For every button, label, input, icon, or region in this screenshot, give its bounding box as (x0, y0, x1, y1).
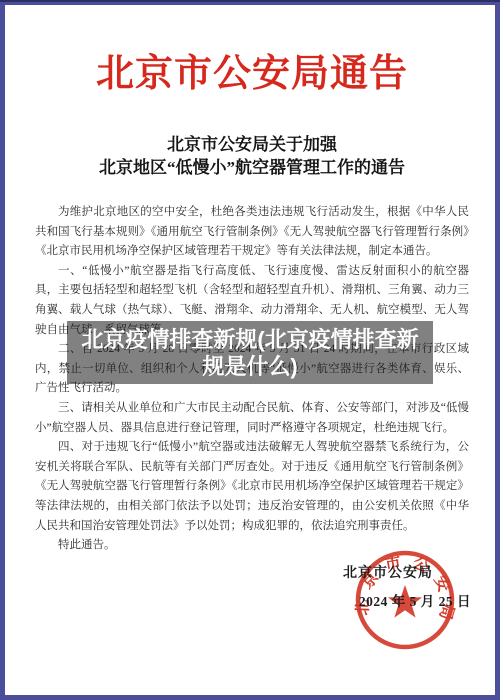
notice-title: 北京市公安局通告 (35, 51, 469, 97)
notice-subtitle: 北京市公安局关于加强 北京地区“低慢小”航空器管理工作的通告 (35, 133, 469, 179)
page-frame-top-edge (0, 0, 500, 2)
paragraph-intro: 为维护北京地区的空中安全，杜绝各类违法违规飞行活动发生，根据《中华人民共和国飞行… (35, 203, 469, 262)
notice-subtitle-line1: 北京市公安局关于加强 (35, 133, 469, 156)
paragraph-item-3: 三、请相关从业单位和广大市民主动配合民航、体育、公安等部门，对涉及“低慢小”航空… (35, 399, 469, 438)
signature-date: 2024 年 5 月 25 日 (343, 590, 471, 610)
paragraph-item-4: 四、对于违规飞行“低慢小”航空器或违法破解无人驾驶航空器禁飞系统行为，公安机关将… (35, 438, 469, 536)
signature-block: 北京市公安局 2024 年 5 月 25 日 (343, 562, 471, 610)
notice-subtitle-line2: 北京地区“低慢小”航空器管理工作的通告 (35, 156, 469, 179)
overlay-banner-text: 北京疫情排查新规(北京疫情排查新规是什么) (74, 326, 426, 380)
notice-page: { "colors": { "frame_border": "#4a4f9c",… (0, 0, 500, 700)
overlay-banner: 北京疫情排查新规(北京疫情排查新规是什么) (67, 321, 433, 384)
signature-issuer: 北京市公安局 (343, 562, 433, 582)
